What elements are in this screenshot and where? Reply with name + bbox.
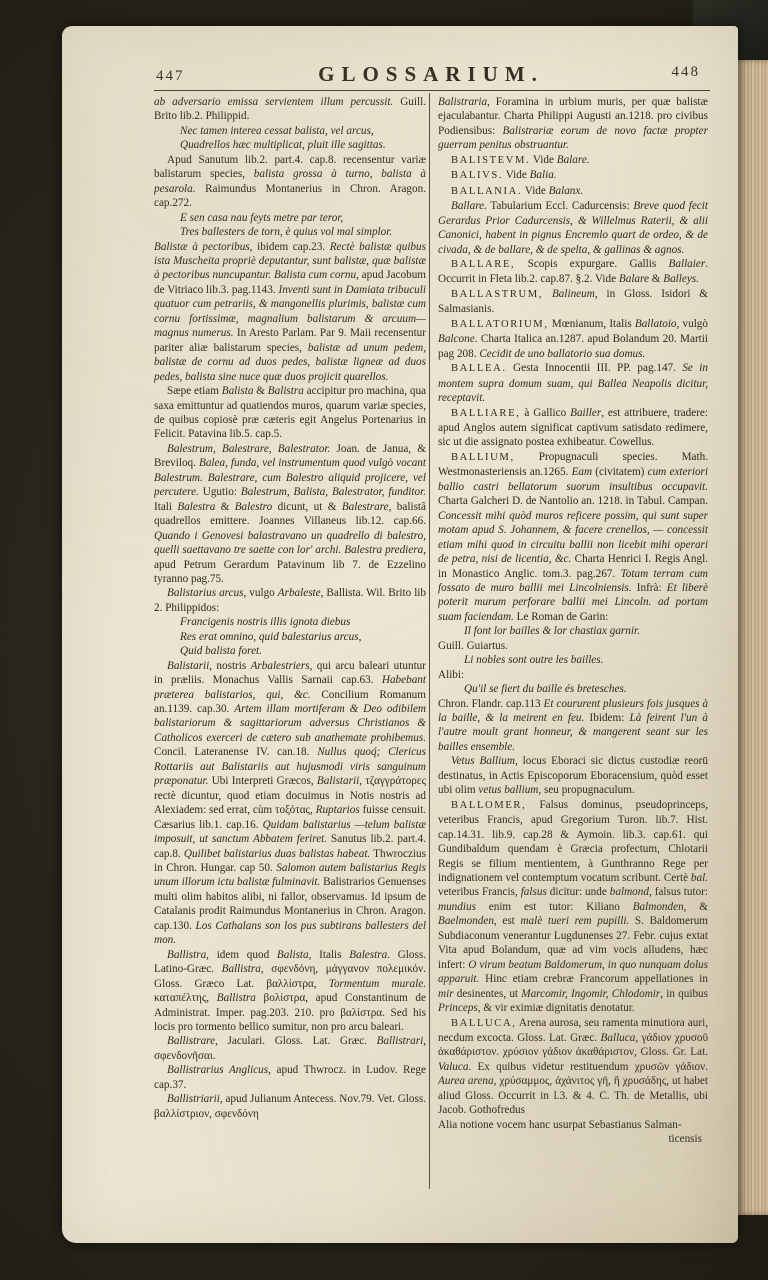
text-run: Balista [277,949,309,961]
text-run: Scopis expurgare. Gallis [515,258,668,270]
book-page: 447 GLOSSARIUM. 448 ab adversario emissa… [62,26,738,1243]
paragraph: BALIVS. Vide Balia. [438,168,708,183]
paragraph: Ballare. Tabularium Eccl. Cadurcensis: B… [438,199,708,257]
text-run: Tres ballesters de torn, è quius vol mal… [180,226,392,238]
text-run: Charta Galcheri D. de Nantolio an. 1218.… [438,495,708,507]
text-run: Balista [222,385,254,397]
running-title: GLOSSARIUM. [154,62,708,87]
text-run: (civitatem) [592,466,648,478]
text-run: Baelmonden [438,915,494,927]
entry-headword: BALLOMER, [451,800,526,811]
text-run: καταπέλτης, [154,992,217,1004]
text-run: Balestrum, Balestrare, Balestrator. [167,443,330,455]
text-run: à Gallico [520,407,570,419]
text-run: & [253,385,267,397]
text-run: , vulgo [244,587,278,599]
text-run: Vide [503,169,529,181]
text-run: Vide [530,154,556,166]
text-run: dicunt, ut & [272,501,342,513]
verse-line: Res erat omnino, quid balestarius arcus, [180,630,426,644]
text-run: balmond [610,886,649,898]
text-run: Gesta Innocentii III. PP. pag.147. [507,362,683,374]
verse-line: Francigenis nostris illis ignota diebus [180,615,426,629]
text-run: Ballatoio [635,318,677,330]
text-run: , vulgò [677,318,708,330]
text-run: mundius [438,901,476,913]
text-run: Balestra [349,949,387,961]
text-run: Ballistrari [377,1035,424,1047]
paragraph: BALLANIA. Vide Balanx. [438,184,708,199]
text-run: Ubi Interpreti Græcos, [208,775,317,787]
paragraph: Chron. Flandr. cap.113 Et coururent plus… [438,697,708,755]
text-run: Balare. [557,154,590,166]
text-run: Ballistrarius Anglicus [167,1064,268,1076]
paragraph: Sæpe etiam Balista & Balistra accipitur … [154,384,426,442]
paragraph: Apud Sanutum lib.2. part.4. cap.8. recen… [154,153,426,211]
text-run: Balcone [438,333,475,345]
text-run: Hinc etiam crebræ Francorum appellatione… [479,973,708,985]
text-run: Guill. Guiartus. [438,640,508,652]
text-run: Balestrare [342,501,389,513]
text-run: Balmonden [633,901,684,913]
text-run: , Italis [309,949,350,961]
text-run: Tabularium Eccl. Cadurcensis: [487,200,633,212]
text-run: Francigenis nostris illis ignota diebus [180,616,350,628]
text-run: Ballistra [167,949,206,961]
paragraph: Balestrum, Balestrare, Balestrator. Joan… [154,442,426,587]
entry-headword: BALLEA. [451,363,507,374]
text-run: , Jaculari. Gloss. Lat. Græc. [215,1035,377,1047]
paragraph: Balistæ à pectoribus, ibidem cap.23. Rec… [154,240,426,385]
header-rule [154,90,710,91]
book-page-edges [735,60,768,1215]
verse-line: Qu'il se fiert du baille és bretesches. [464,682,708,696]
text-run: Ballistra [222,963,261,975]
paragraph: ab adversario emissa servientem illum pe… [154,95,426,124]
text-run: , est [494,915,521,927]
text-run: Ballistrare [167,1035,215,1047]
text-run: Quilibet balistarius duas balistas habea… [184,848,370,860]
text-run: E sen casa nau feyts metre par teror, [180,212,343,224]
text-run: , seu propugnaculum. [538,784,634,796]
text-run: Alia notione vocem hanc usurpat Sebastia… [438,1119,682,1131]
entry-headword: BALLANIA. [451,186,522,197]
text-run: , falsus tutor: [649,886,708,898]
verse-line: Il font lor bailles & lor chastiax garni… [464,624,708,638]
paragraph: Alibi: [438,668,708,682]
column-divider [429,93,430,1189]
text-run: , idem quod [206,949,277,961]
text-run: Los Cathalans son los pus subtirans ball… [154,920,426,946]
page-header: 447 GLOSSARIUM. 448 [154,62,708,90]
text-run: Balia. [530,169,557,181]
entry-headword: BALLATORIUM, [451,319,549,330]
text-run: Ballare. [451,200,487,212]
paragraph: Ballistra, idem quod Balista, Italis Bal… [154,948,426,1035]
entry-headword: BALLIUM, [451,452,515,463]
entry-headword: BALIVS. [451,170,503,181]
text-run: bal. [691,872,708,884]
text-run: Alibi: [438,669,464,681]
text-run: Aurea arena [438,1075,494,1087]
text-run: Ugutio: [199,486,241,498]
text-run: Concil. Lateranense IV. can.18. [154,746,317,758]
text-run: Balistra [268,385,304,397]
entry-headword: BALLASTRUM, [451,289,543,300]
text-run: Tormentum murale. [329,978,426,990]
paragraph: BALLUCA, Arena aurosa, seu ramenta minut… [438,1016,708,1118]
paragraph: Vetus Ballium, locus Eboraci sic dictus … [438,754,708,797]
text-run: Nec tamen interea cessat balista, vel ar… [180,125,374,137]
text-run: vetus ballium [478,784,538,796]
text-run: . Ex quibus videtur restituendum χρυσῶν … [468,1061,708,1073]
text-run: Quadrellos hæc multiplicat, pluit ille s… [180,139,386,151]
text-run: Quid balista foret. [180,645,262,657]
paragraph: BALLIUM, Propugnaculi species. Math. Wes… [438,450,708,624]
entry-headword: BALLARE, [451,259,515,270]
verse-line: Li nobles sont outre les bailles. [464,653,708,667]
paragraph: BALLARE, Scopis expurgare. Gallis Ballai… [438,257,708,287]
text-run: Balestro [235,501,273,513]
text-run: Arbaleste [278,587,321,599]
text-run: Il font lor bailles & lor chastiax garni… [464,625,640,637]
text-run: Marcomir, Ingomir, Chlodomir [521,988,660,1000]
verse-line: Tres ballesters de torn, è quius vol mal… [180,225,426,239]
paragraph: Guill. Guiartus. [438,639,708,653]
text-run: falsus [521,886,547,898]
text-run: Balestrum, Balista, Balestrator, fundito… [241,486,426,498]
verse-line: E sen casa nau feyts metre par teror, [180,211,426,225]
text-run: , in quibus [660,988,708,1000]
text-run: Ballaier [669,258,706,270]
text-run: Ibidem: [584,712,629,724]
paragraph: Balistraria, Foramina in urbium muris, p… [438,95,708,153]
text-run: ticensis [668,1133,702,1145]
entry-headword: BALLUCA, [451,1018,516,1029]
text-run: Balare [619,273,649,285]
text-run: Valuca [438,1061,468,1073]
paragraph: BALISTEVM. Vide Balare. [438,153,708,168]
text-run: dicitur: unde [547,886,610,898]
text-run: Ruptarios [316,804,360,816]
text-run: Vide [522,185,548,197]
text-run: Balineum [552,288,595,300]
text-run: Balistarii [167,660,209,672]
verse-line: Quid balista foret. [180,644,426,658]
text-run: Infrà: [632,582,667,594]
text-run: malè tueri rem pupilli. [520,915,629,927]
text-run: Princeps [438,1002,478,1014]
text-run: & [215,501,234,513]
text-run: Sæpe etiam [167,385,222,397]
paragraph: Ballistriarii, apud Julianum Antecess. N… [154,1092,426,1121]
text-run: Chron. Flandr. cap.113 [438,698,544,710]
text-run: ab adversario emissa servientem illum pe… [154,96,393,108]
page-number-right: 448 [672,64,701,81]
text-run: Balluca [601,1032,636,1044]
text-run: Ballistra [217,992,256,1004]
paragraph: BALLATORIUM, Mœnianum, Italis Ballatoio,… [438,317,708,361]
text-run: desinentes, ut [454,988,522,1000]
text-run: Quando i Genovesi balastravano un quadre… [154,530,426,556]
text-run: Ballistriarii [167,1093,220,1105]
text-run: Eam [572,466,593,478]
paragraph: Balistarius arcus, vulgo Arbaleste, Ball… [154,586,426,615]
entry-headword: BALISTEVM. [451,155,530,166]
text-run: Itali [154,501,177,513]
text-run: Balistæ à pectoribus [154,241,250,253]
text-run: Mœnianum, Italis [549,318,635,330]
text-run: mir [438,988,454,1000]
text-run: veteribus Francis, [438,886,521,898]
column-right: Balistraria, Foramina in urbium muris, p… [438,95,708,1203]
text-run: Balistraria [438,96,487,108]
text-run: & [649,273,663,285]
text-run: Qu'il se fiert du baille és bretesches. [464,683,627,695]
text-run: , & [684,901,708,913]
text-run: Balistarius arcus [167,587,244,599]
verse-line: Nec tamen interea cessat balista, vel ar… [180,124,426,138]
text-run: , & vir eximiæ dignitatis denotatur. [478,1002,635,1014]
column-left: ab adversario emissa servientem illum pe… [154,95,426,1203]
verse-line: Quadrellos hæc multiplicat, pluit ille s… [180,138,426,152]
text-run: enim est tutor: Kiliano [476,901,633,913]
paragraph: BALLOMER, Falsus dominus, pseudoprinceps… [438,798,708,1016]
text-run: Res erat omnino, quid balestarius arcus, [180,631,361,643]
paragraph: BALLASTRUM, Balineum, in Gloss. Isidori … [438,287,708,317]
text-run [543,288,552,300]
paragraph: Balistarii, nostris Arbalestriers, qui a… [154,659,426,948]
paragraph: BALLIARE, à Gallico Bailler, est attribu… [438,406,708,450]
text-run: Balleys. [663,273,699,285]
text-run: , ibidem cap.23. [250,241,330,253]
text-run: Balistarii [317,775,359,787]
text-run: , nostris [209,660,250,672]
text-run: Arbalestriers [251,660,310,672]
text-run: Raimundus Montanerius in Chron. Aragon. … [154,183,426,209]
paragraph: BALLEA. Gesta Innocentii III. PP. pag.14… [438,361,708,405]
paragraph: Ballistrarius Anglicus, apud Thwrocz. in… [154,1063,426,1092]
text-run: Vetus Ballium [451,755,515,767]
text-run: Balestra [177,501,215,513]
text-run: Bailler [570,407,601,419]
text-run: Le Roman de Garin: [514,611,608,623]
text-run: Li nobles sont outre les bailles. [464,654,603,666]
paragraph: Alia notione vocem hanc usurpat Sebastia… [438,1118,708,1132]
text-run: Falsus dominus, pseudoprinceps, veteribu… [438,799,708,884]
text-run: Balanx. [549,185,584,197]
catchword: ticensis [438,1132,702,1146]
entry-headword: BALLIARE, [451,408,520,419]
text-run: Cecidit de uno ballatorio sua domus. [479,348,645,360]
paragraph: Ballistrare, Jaculari. Gloss. Lat. Græc.… [154,1034,426,1063]
